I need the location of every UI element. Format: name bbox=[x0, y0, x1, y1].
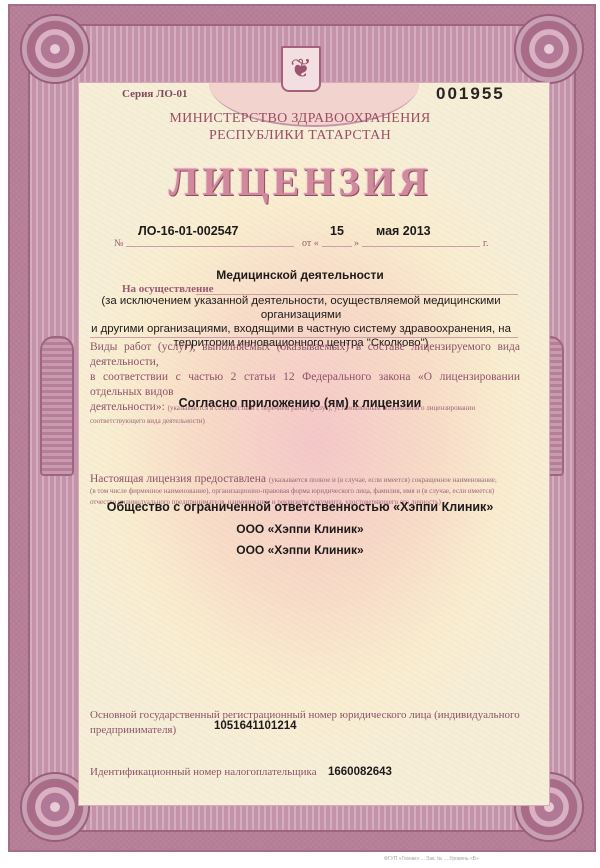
side-ornament bbox=[40, 336, 74, 476]
printer-imprint: ФГУП «Гознак» ... Зак. № ... Уровень «Б» bbox=[384, 856, 479, 862]
corner-rosette-icon bbox=[20, 14, 90, 84]
licensee-note-1: (указывается полное и (в случае, если им… bbox=[269, 476, 497, 484]
exclusion-line-2: и другими организациями, входящими в час… bbox=[78, 322, 524, 336]
inn-label: Идентификационный номер налогоплательщик… bbox=[90, 765, 520, 780]
licensee-label-main: Настоящая лицензия предоставлена bbox=[90, 473, 266, 485]
issuer-line-1: МИНИСТЕРСТВО ЗДРАВООХРАНЕНИЯ bbox=[0, 111, 600, 127]
issuer-line-2: РЕСПУБЛИКИ ТАТАРСТАН bbox=[0, 128, 600, 144]
ogrn-value: 1051641101214 bbox=[214, 720, 297, 732]
coat-of-arms-icon: ❦ bbox=[281, 46, 321, 92]
issue-day: 15 bbox=[330, 224, 344, 238]
issue-month-year: мая 2013 bbox=[376, 224, 431, 238]
inn-value: 1660082643 bbox=[328, 766, 392, 778]
ogrn-label: Основной государственный регистрационный… bbox=[90, 708, 520, 738]
licensee-brand-name: ООО «Хэппи Клиник» bbox=[84, 543, 516, 557]
ogrn-label-line-1: Основной государственный регистрационный… bbox=[90, 708, 520, 723]
services-value: Согласно приложению (ям) к лицензии bbox=[84, 396, 516, 410]
licensee-short-name: ООО «Хэппи Клиник» bbox=[84, 522, 516, 536]
number-label: № bbox=[114, 238, 124, 249]
year-suffix-label: г. bbox=[483, 238, 488, 249]
services-label-line-1: Виды работ (услуг), выполняемых (оказыва… bbox=[90, 340, 520, 370]
licensee-full-name: Общество с ограниченной ответственностью… bbox=[84, 500, 516, 514]
date-quote-label: » bbox=[354, 238, 359, 249]
document-title: ЛИЦЕНЗИЯ bbox=[0, 158, 600, 205]
activity-name: Медицинской деятельности bbox=[84, 268, 516, 282]
exclusion-line-1: (за исключением указанной деятельности, … bbox=[78, 294, 524, 322]
license-number: ЛО-16-01-002547 bbox=[138, 224, 239, 238]
ogrn-label-line-2: предпринимателя) bbox=[90, 723, 520, 738]
number-underline bbox=[126, 246, 294, 247]
services-note-2: соответствующего вида деятельности) bbox=[90, 416, 520, 426]
services-label: Виды работ (услуг), выполняемых (оказыва… bbox=[90, 340, 520, 426]
series-label: Серия ЛО-01 bbox=[122, 88, 188, 100]
corner-rosette-icon bbox=[514, 14, 584, 84]
date-from-label: от « bbox=[302, 238, 319, 249]
month-underline bbox=[362, 246, 480, 247]
activity-bottom-underline bbox=[90, 337, 518, 338]
licensee-note-2: (в том числе фирменное наименование), ор… bbox=[90, 486, 520, 497]
form-number: 001955 bbox=[436, 84, 505, 104]
day-underline bbox=[322, 246, 352, 247]
